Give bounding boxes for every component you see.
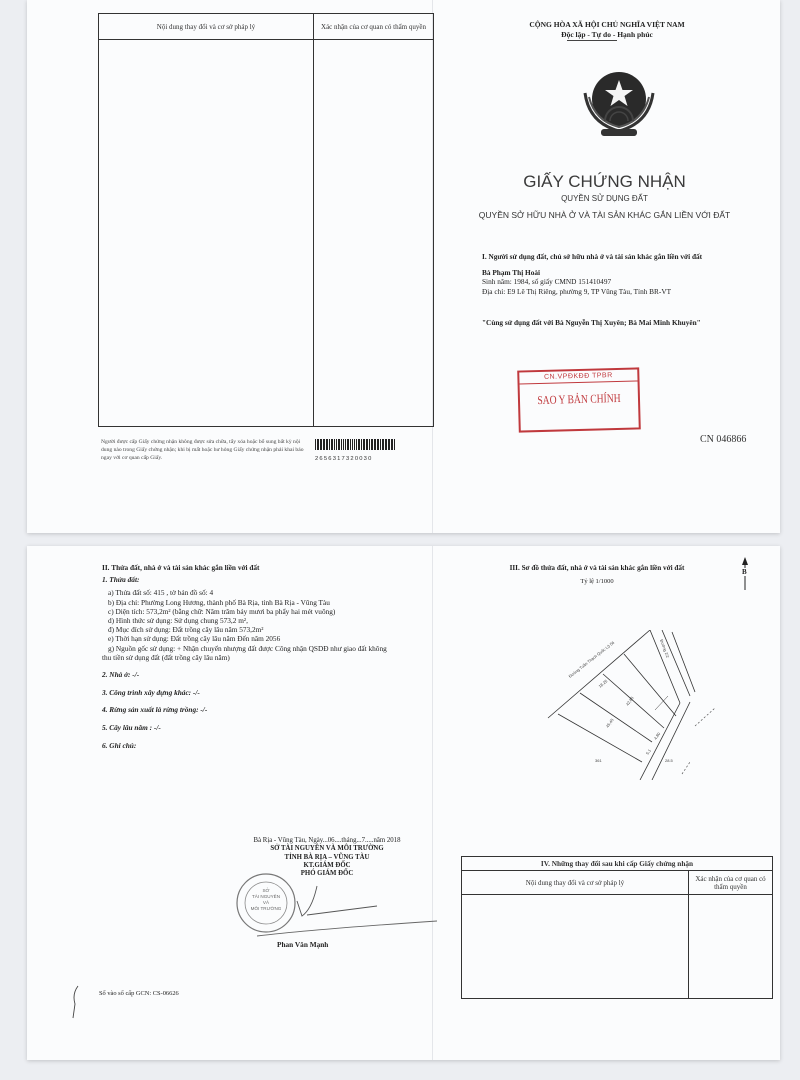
changes-table-back: IV. Những thay đổi sau khi cấp Giấy chứn… bbox=[461, 856, 773, 999]
footnote: Người được cấp Giấy chứng nhận không đượ… bbox=[101, 438, 311, 462]
barcode-icon bbox=[315, 439, 395, 450]
emblem bbox=[575, 63, 663, 148]
other-items: 2. Nhà ở: -/-3. Công trình xây dựng khác… bbox=[102, 670, 437, 750]
asset-item: 5. Cây lâu năm : -/- bbox=[102, 723, 437, 732]
north-label: B bbox=[742, 568, 747, 576]
co-users: "Cùng sử dụng đất với Bà Nguyễn Thị Xuyê… bbox=[482, 318, 782, 327]
asset-item: 6. Ghi chú: bbox=[102, 741, 437, 750]
stamp-label: SAO Y BẢN CHÍNH bbox=[531, 382, 626, 408]
land-item: c) Diện tích: 573,2m² (bằng chữ: Năm tră… bbox=[102, 607, 437, 616]
certificate-subtitle-2: QUYỀN SỞ HỮU NHÀ Ở VÀ TÀI SẢN KHÁC GẮN L… bbox=[432, 210, 777, 220]
svg-text:28.5: 28.5 bbox=[665, 758, 674, 763]
land-item: d) Hình thức sử dụng: Sử dụng chung 573,… bbox=[102, 616, 437, 625]
asset-item: 4. Rừng sản xuất là rừng trồng: -/- bbox=[102, 705, 437, 714]
signer-role-1: KT.GIÁM ĐỐC bbox=[197, 862, 457, 870]
parcel-map: Đường Tuần Thạch Quốc Lộ 56Đường 2/218,2… bbox=[540, 630, 720, 780]
certificate-title: GIẤY CHỨNG NHẬN bbox=[432, 172, 777, 192]
svg-text:361: 361 bbox=[595, 758, 602, 763]
section-4-heading: IV. Những thay đổi sau khi cấp Giấy chứn… bbox=[462, 857, 773, 871]
register-number: Số vào sổ cấp GCN: CS-06626 bbox=[99, 990, 179, 997]
section-1: I. Người sử dụng đất, chủ sở hữu nhà ở v… bbox=[482, 252, 782, 327]
land-heading: 1. Thửa đất: bbox=[102, 575, 437, 584]
svg-text:5,1: 5,1 bbox=[645, 748, 653, 756]
changes-table-front: Nội dung thay đổi và cơ sở pháp lý Xác n… bbox=[98, 13, 434, 427]
svg-text:18,25: 18,25 bbox=[597, 678, 608, 689]
certified-copy-stamp: CN.VPĐKĐĐ TPBR SAO Y BẢN CHÍNH bbox=[517, 367, 641, 432]
svg-text:Đường Tuần Thạch Quốc Lộ 56: Đường Tuần Thạch Quốc Lộ 56 bbox=[568, 640, 616, 679]
svg-text:4,80: 4,80 bbox=[653, 731, 662, 741]
changes-col-confirm: Xác nhận của cơ quan có thẩm quyền bbox=[314, 14, 434, 40]
map-scale: Tỷ lệ 1/1000 bbox=[472, 578, 722, 585]
asset-item: 3. Công trình xây dựng khác: -/- bbox=[102, 688, 437, 697]
signature-stroke-icon bbox=[257, 881, 437, 946]
national-emblem-icon bbox=[575, 63, 663, 143]
land-item: thu tiền sử dụng đất (đất trồng cây lâu … bbox=[102, 653, 437, 662]
issuing-province: TỈNH BÀ RỊA – VŨNG TÀU bbox=[197, 854, 457, 862]
changes-back-col-confirm: Xác nhận của cơ quan có thẩm quyền bbox=[689, 871, 773, 895]
svg-text:45,45: 45,45 bbox=[605, 717, 615, 729]
changes-back-col-content: Nội dung thay đổi và cơ sở pháp lý bbox=[462, 871, 689, 895]
changes-col-content: Nội dung thay đổi và cơ sở pháp lý bbox=[99, 14, 314, 40]
owner-birth: Sinh năm: 1984, số giấy CMND 151410497 bbox=[482, 277, 782, 286]
certificate-page-back: II. Thửa đất, nhà ở và tài sản khác gắn … bbox=[27, 546, 780, 1060]
barcode-number: 2656317320030 bbox=[315, 456, 400, 462]
asset-item: 2. Nhà ở: -/- bbox=[102, 670, 437, 679]
barcode: 2656317320030 bbox=[315, 437, 400, 462]
land-item: g) Nguồn gốc sử dụng: + Nhận chuyển nhượ… bbox=[102, 644, 437, 653]
owner-name: Bà Phạm Thị Hoài bbox=[482, 268, 782, 277]
land-item: b) Địa chỉ: Phường Long Hương, thành phố… bbox=[102, 598, 437, 607]
motto: Độc lập - Tự do - Hạnh phúc bbox=[457, 30, 757, 39]
section-2: II. Thửa đất, nhà ở và tài sản khác gắn … bbox=[102, 563, 437, 759]
owner-address: Địa chỉ: E9 Lê Thị Riêng, phường 9, TP V… bbox=[482, 287, 782, 296]
section-1-heading: I. Người sử dụng đất, chủ sở hữu nhà ở v… bbox=[482, 252, 782, 261]
land-item: a) Thửa đất số: 415 , tờ bản đồ số: 4 bbox=[102, 588, 437, 597]
certificate-subtitle-1: QUYỀN SỬ DỤNG ĐẤT bbox=[432, 194, 777, 203]
country-header: CỘNG HÒA XÃ HỘI CHỦ NGHĨA VIỆT NAM bbox=[457, 20, 757, 29]
issuing-org: SỞ TÀI NGUYÊN VÀ MÔI TRƯỜNG bbox=[197, 845, 457, 853]
signer-name: Phan Văn Mạnh bbox=[277, 940, 328, 949]
handwritten-mark-icon bbox=[70, 982, 82, 1022]
land-items: a) Thửa đất số: 415 , tờ bản đồ số: 4b) … bbox=[102, 588, 437, 662]
motto-underline bbox=[567, 40, 617, 41]
certificate-page-front: Nội dung thay đổi và cơ sở pháp lý Xác n… bbox=[27, 0, 780, 533]
land-item: e) Thời hạn sử dụng: Đất trồng cây lâu n… bbox=[102, 634, 437, 643]
land-item: đ) Mục đích sử dụng: Đất trồng cây lâu n… bbox=[102, 625, 437, 634]
section-2-heading: II. Thửa đất, nhà ở và tài sản khác gắn … bbox=[102, 563, 437, 572]
north-arrow: B bbox=[740, 556, 750, 595]
certificate-number: CN 046866 bbox=[700, 434, 746, 445]
section-3-heading: III. Sơ đồ thửa đất, nhà ở và tài sản kh… bbox=[472, 564, 722, 572]
